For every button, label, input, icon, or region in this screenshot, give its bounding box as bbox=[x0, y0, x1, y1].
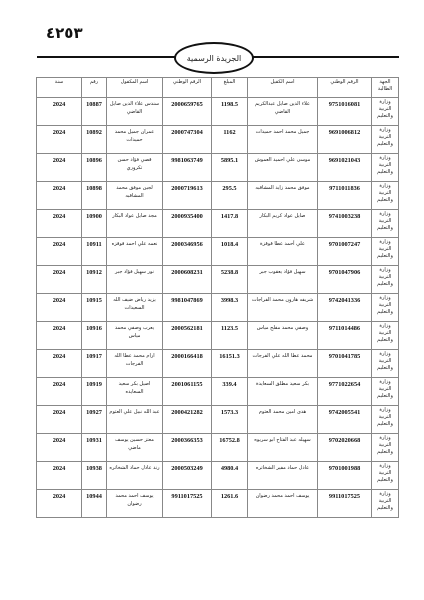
cell-guarantor-name: محمد عطا الله علي الفرجات bbox=[248, 350, 318, 378]
cell-guaranteed-national-id: 2000562181 bbox=[163, 322, 212, 350]
cell-number: 10915 bbox=[82, 294, 107, 322]
cell-guarantor-name: موسى علي احميد العموش bbox=[248, 154, 318, 182]
cell-entity: وزارة التربية والتعليم bbox=[372, 182, 399, 210]
header-guarantor-national-id: الرقم الوطني bbox=[318, 78, 372, 98]
cell-guarantor-national-id: 9691021043 bbox=[318, 154, 372, 182]
header-entity: الجهة الطالبة bbox=[372, 78, 399, 98]
table-row: وزارة التربية والتعليم 9691021043 موسى ع… bbox=[37, 154, 399, 182]
cell-number: 10911 bbox=[82, 238, 107, 266]
cell-guaranteed-national-id: 9981047869 bbox=[163, 294, 212, 322]
cell-amount: 16752.8 bbox=[212, 434, 248, 462]
cell-amount: 3998.3 bbox=[212, 294, 248, 322]
cell-year: 2024 bbox=[37, 294, 82, 322]
cell-guarantor-name: شريفه هارون محمد الفراجات bbox=[248, 294, 318, 322]
cell-entity: وزارة التربية والتعليم bbox=[372, 462, 399, 490]
cell-guaranteed-name: سندس علاء الدين صايل القاضي bbox=[107, 98, 163, 126]
cell-year: 2024 bbox=[37, 98, 82, 126]
cell-entity: وزارة التربية والتعليم bbox=[372, 98, 399, 126]
cell-year: 2024 bbox=[37, 154, 82, 182]
table-row: وزارة التربية والتعليم 9701001988 عادل ح… bbox=[37, 462, 399, 490]
cell-entity: وزارة التربية والتعليم bbox=[372, 378, 399, 406]
cell-guarantor-national-id: 9701007247 bbox=[318, 238, 372, 266]
cell-guarantor-national-id: 9701041785 bbox=[318, 350, 372, 378]
cell-amount: 1198.5 bbox=[212, 98, 248, 126]
table-row: وزارة التربية والتعليم 9701047906 سهيل ف… bbox=[37, 266, 399, 294]
cell-year: 2024 bbox=[37, 350, 82, 378]
cell-year: 2024 bbox=[37, 406, 82, 434]
cell-guarantor-name: جميل محمد احمد حميدات bbox=[248, 126, 318, 154]
cell-guaranteed-name: اصيل بكر سعيد السعايده bbox=[107, 378, 163, 406]
header-guarantor-name: اسم الكفيل bbox=[248, 78, 318, 98]
table-header-row: الجهة الطالبة الرقم الوطني اسم الكفيل ال… bbox=[37, 78, 399, 98]
cell-year: 2024 bbox=[37, 210, 82, 238]
cell-entity: وزارة التربية والتعليم bbox=[372, 350, 399, 378]
cell-guaranteed-name: نور سهيل فؤاد جبر bbox=[107, 266, 163, 294]
cell-guaranteed-name: قصي فؤاد حسن تكروري bbox=[107, 154, 163, 182]
cell-year: 2024 bbox=[37, 490, 82, 518]
cell-amount: 1123.5 bbox=[212, 322, 248, 350]
cell-number: 10900 bbox=[82, 210, 107, 238]
cell-guaranteed-national-id: 2000608231 bbox=[163, 266, 212, 294]
header-guaranteed-name: اسم المكفول bbox=[107, 78, 163, 98]
cell-guarantor-name: سهيل فؤاد يعقوب جبر bbox=[248, 266, 318, 294]
cell-year: 2024 bbox=[37, 238, 82, 266]
publication-title-badge: الجريدة الرسمية bbox=[174, 42, 254, 74]
cell-guaranteed-name: يعرب وصفي محمد مياس bbox=[107, 322, 163, 350]
cell-amount: 339.4 bbox=[212, 378, 248, 406]
cell-number: 10916 bbox=[82, 322, 107, 350]
cell-guarantor-name: هدى امين محمد العثوم bbox=[248, 406, 318, 434]
table-row: وزارة التربية والتعليم 9751016081 علاء ا… bbox=[37, 98, 399, 126]
cell-number: 10912 bbox=[82, 266, 107, 294]
table-row: وزارة التربية والتعليم 9691006812 جميل م… bbox=[37, 126, 399, 154]
table-row: وزارة التربية والتعليم 9711014486 وصفي م… bbox=[37, 322, 399, 350]
cell-guarantor-name: يوسف احمد محمد رضوان bbox=[248, 490, 318, 518]
cell-guaranteed-national-id: 9981063749 bbox=[163, 154, 212, 182]
cell-guaranteed-national-id: 2000503249 bbox=[163, 462, 212, 490]
cell-guaranteed-name: عبد الله نبيل علي العثوم bbox=[107, 406, 163, 434]
cell-year: 2024 bbox=[37, 182, 82, 210]
cell-guaranteed-name: نعمه علي احمد قوقزه bbox=[107, 238, 163, 266]
cell-guarantor-name: علاء الدين صايل عبدالكريم القاضي bbox=[248, 98, 318, 126]
cell-guaranteed-national-id: 2000366353 bbox=[163, 434, 212, 462]
cell-guaranteed-national-id: 2000166418 bbox=[163, 350, 212, 378]
header-amount: المبلغ bbox=[212, 78, 248, 98]
cell-guarantor-national-id: 9711011836 bbox=[318, 182, 372, 210]
cell-guaranteed-name: رند عادل حماد الشخاتره bbox=[107, 462, 163, 490]
cell-year: 2024 bbox=[37, 322, 82, 350]
cell-entity: وزارة التربية والتعليم bbox=[372, 490, 399, 518]
cell-number: 10887 bbox=[82, 98, 107, 126]
cell-amount: 5238.8 bbox=[212, 266, 248, 294]
cell-year: 2024 bbox=[37, 378, 82, 406]
cell-year: 2024 bbox=[37, 266, 82, 294]
cell-guaranteed-national-id: 2000747304 bbox=[163, 126, 212, 154]
cell-guarantor-national-id: 9701001988 bbox=[318, 462, 372, 490]
cell-amount: 1018.4 bbox=[212, 238, 248, 266]
cell-amount: 1162 bbox=[212, 126, 248, 154]
cell-number: 10919 bbox=[82, 378, 107, 406]
cell-guaranteed-national-id: 2000346956 bbox=[163, 238, 212, 266]
cell-entity: وزارة التربية والتعليم bbox=[372, 294, 399, 322]
cell-guarantor-name: موفق محمد زايد المشاقبه bbox=[248, 182, 318, 210]
cell-guaranteed-name: ارام محمد عطا الله الفرجات bbox=[107, 350, 163, 378]
cell-guarantor-national-id: 9911017525 bbox=[318, 490, 372, 518]
cell-guaranteed-national-id: 2001061155 bbox=[163, 378, 212, 406]
table-row: وزارة التربية والتعليم 9701007247 علي أح… bbox=[37, 238, 399, 266]
cell-entity: وزارة التربية والتعليم bbox=[372, 210, 399, 238]
cell-guarantor-national-id: 9701047906 bbox=[318, 266, 372, 294]
cell-entity: وزارة التربية والتعليم bbox=[372, 406, 399, 434]
cell-number: 10917 bbox=[82, 350, 107, 378]
header-year: سنة bbox=[37, 78, 82, 98]
cell-guaranteed-name: مجد صايل عواد البكار bbox=[107, 210, 163, 238]
table-row: وزارة التربية والتعليم 9741003238 صايل ع… bbox=[37, 210, 399, 238]
cell-entity: وزارة التربية والتعليم bbox=[372, 154, 399, 182]
cell-guarantor-name: وصفي محمد مفلح مياس bbox=[248, 322, 318, 350]
cell-guarantor-national-id: 9751016081 bbox=[318, 98, 372, 126]
cell-guarantor-national-id: 9711014486 bbox=[318, 322, 372, 350]
cell-entity: وزارة التربية والتعليم bbox=[372, 266, 399, 294]
cell-guaranteed-name: لجين موفق محمد المشاقبه bbox=[107, 182, 163, 210]
table-row: وزارة التربية والتعليم 9771022654 بكر سع… bbox=[37, 378, 399, 406]
publication-title: الجريدة الرسمية bbox=[187, 54, 242, 63]
cell-guaranteed-name: يوسف احمد محمد رضوان bbox=[107, 490, 163, 518]
cell-number: 10896 bbox=[82, 154, 107, 182]
cell-guaranteed-national-id: 2000935400 bbox=[163, 210, 212, 238]
cell-amount: 295.5 bbox=[212, 182, 248, 210]
cell-guaranteed-national-id: 2000719613 bbox=[163, 182, 212, 210]
cell-amount: 16151.3 bbox=[212, 350, 248, 378]
cell-guaranteed-national-id: 2000659765 bbox=[163, 98, 212, 126]
guarantees-table: الجهة الطالبة الرقم الوطني اسم الكفيل ال… bbox=[36, 77, 399, 518]
header-guaranteed-national-id: الرقم الوطني bbox=[163, 78, 212, 98]
cell-guarantor-name: علي أحمد عطا قوقزة bbox=[248, 238, 318, 266]
cell-entity: وزارة التربية والتعليم bbox=[372, 126, 399, 154]
cell-guarantor-national-id: 9742005541 bbox=[318, 406, 372, 434]
cell-guarantor-national-id: 9691006812 bbox=[318, 126, 372, 154]
cell-guaranteed-national-id: 9911017525 bbox=[163, 490, 212, 518]
header-number: رقم bbox=[82, 78, 107, 98]
guarantees-table-container: الجهة الطالبة الرقم الوطني اسم الكفيل ال… bbox=[36, 77, 398, 518]
cell-number: 10938 bbox=[82, 462, 107, 490]
cell-amount: 4980.4 bbox=[212, 462, 248, 490]
cell-guarantor-name: عادل حماد مفير الشخاتره bbox=[248, 462, 318, 490]
table-row: وزارة التربية والتعليم 9701041785 محمد ع… bbox=[37, 350, 399, 378]
cell-number: 10944 bbox=[82, 490, 107, 518]
cell-year: 2024 bbox=[37, 434, 82, 462]
cell-guarantor-national-id: 9742041336 bbox=[318, 294, 372, 322]
cell-number: 10931 bbox=[82, 434, 107, 462]
cell-amount: 5895.1 bbox=[212, 154, 248, 182]
cell-year: 2024 bbox=[37, 126, 82, 154]
cell-guarantor-national-id: 9702020668 bbox=[318, 434, 372, 462]
cell-guarantor-national-id: 9771022654 bbox=[318, 378, 372, 406]
cell-number: 10892 bbox=[82, 126, 107, 154]
cell-guarantor-national-id: 9741003238 bbox=[318, 210, 372, 238]
cell-guarantor-name: سهيله عبد الفتاح ابو سريوه bbox=[248, 434, 318, 462]
cell-guaranteed-name: معتز حسين يوسف ماضي bbox=[107, 434, 163, 462]
cell-guaranteed-name: عمران جميل محمد حميدات bbox=[107, 126, 163, 154]
cell-amount: 1261.6 bbox=[212, 490, 248, 518]
cell-amount: 1573.3 bbox=[212, 406, 248, 434]
cell-number: 10898 bbox=[82, 182, 107, 210]
table-row: وزارة التربية والتعليم 9702020668 سهيله … bbox=[37, 434, 399, 462]
table-row: وزارة التربية والتعليم 9742005541 هدى ام… bbox=[37, 406, 399, 434]
cell-entity: وزارة التربية والتعليم bbox=[372, 322, 399, 350]
cell-entity: وزارة التربية والتعليم bbox=[372, 434, 399, 462]
cell-guarantor-name: صايل عواد كريم البكار bbox=[248, 210, 318, 238]
page-number: ٤٢٥٣ bbox=[46, 24, 83, 42]
table-row: وزارة التربية والتعليم 9742041336 شريفه … bbox=[37, 294, 399, 322]
cell-year: 2024 bbox=[37, 462, 82, 490]
cell-guaranteed-name: يزيد رياض ضيف الله السعيدات bbox=[107, 294, 163, 322]
table-row: وزارة التربية والتعليم 9911017525 يوسف ا… bbox=[37, 490, 399, 518]
cell-guarantor-name: بكر سعيد مطلق السعايدة bbox=[248, 378, 318, 406]
cell-amount: 1417.8 bbox=[212, 210, 248, 238]
cell-entity: وزارة التربية والتعليم bbox=[372, 238, 399, 266]
cell-guaranteed-national-id: 2000421282 bbox=[163, 406, 212, 434]
cell-number: 10927 bbox=[82, 406, 107, 434]
table-row: وزارة التربية والتعليم 9711011836 موفق م… bbox=[37, 182, 399, 210]
